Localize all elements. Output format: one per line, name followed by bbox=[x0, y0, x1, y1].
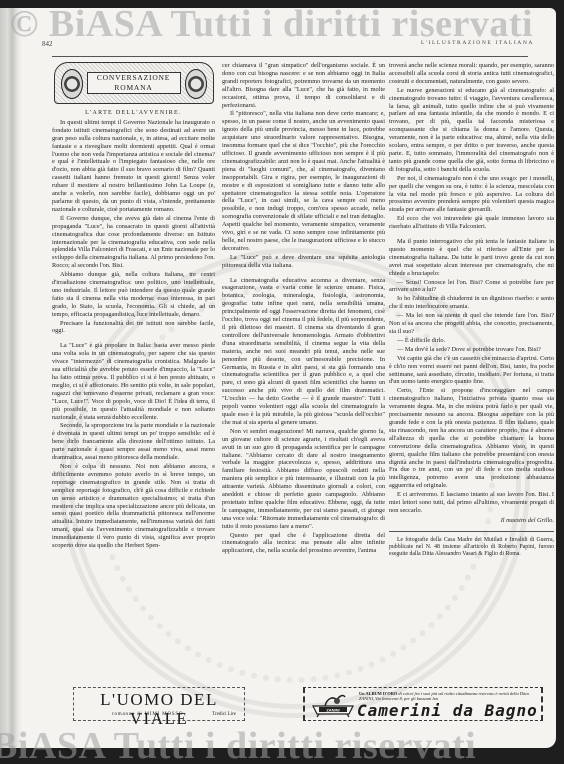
photo-credit-note: Le fotografie della Casa Madre dei Mutil… bbox=[389, 537, 554, 559]
ornament-title: CONVERSAZIONE ROMANA bbox=[87, 72, 181, 94]
bathtub-icon: ZANINI bbox=[311, 692, 355, 718]
svg-text:ZANINI: ZANINI bbox=[326, 707, 339, 712]
paragraph: Voi capite già che c'è un cassetto che m… bbox=[389, 355, 554, 387]
paragraph: In questi ultimi tempi il Governo Nazion… bbox=[52, 119, 215, 214]
copyright-watermark-bottom: BiASA Tutti i diritti riservati bbox=[0, 724, 476, 764]
paragraph: Le nuove generazioni si educano già al c… bbox=[389, 87, 554, 174]
ad-headline: Camerini da Bagno bbox=[357, 701, 538, 720]
paragraph: La cinematografia educativa accenna a di… bbox=[222, 277, 385, 427]
paragraph: E ci arriveremo. E lasciamo intanto al s… bbox=[389, 491, 554, 515]
paragraph: Ma il punto interrogativo che più tenta … bbox=[389, 238, 554, 278]
paragraph: La "Luce" può e deve diventare una squis… bbox=[222, 254, 385, 270]
dialogue-line: — Ma lei non sa niente di quel che inten… bbox=[389, 312, 554, 336]
page-gutter bbox=[0, 8, 22, 748]
dialogue-line: — Ma dov'è la sede? Dove si potrebbe tro… bbox=[389, 346, 554, 354]
scan-frame: 842 L'ILLUSTRAZIONE ITALIANA CONVERSAZIO… bbox=[0, 0, 564, 764]
dialogue-line: — È difficile dirlo. bbox=[389, 337, 554, 345]
newspaper-page: 842 L'ILLUSTRAZIONE ITALIANA CONVERSAZIO… bbox=[0, 8, 556, 748]
paragraph: Abbiamo dunque già, nella coltura italia… bbox=[52, 271, 215, 318]
paragraph: Per noi, il cinematografo non è che uno … bbox=[389, 175, 554, 215]
ad-title: L'UOMO DEL VIALE bbox=[74, 688, 244, 728]
note-rule bbox=[389, 531, 554, 532]
author-signature: Il maestro del Grillo. bbox=[389, 517, 554, 525]
paragraph: Certo, l'Ente si propone d'incoraggiare … bbox=[389, 387, 554, 490]
header-rule bbox=[52, 56, 528, 57]
quill-medallion-icon bbox=[185, 69, 207, 99]
paragraph: La "Luce" è già popolare in Italia: bast… bbox=[52, 342, 215, 421]
ornament-line-1: CONVERSAZIONE bbox=[88, 73, 180, 83]
ad-uomo-del-viale[interactable]: L'UOMO DEL VIALE romanzo di MIMI MOSSO T… bbox=[73, 687, 245, 721]
paragraph: Non è colpa di nessuno. Noi non abbiamo … bbox=[52, 463, 215, 550]
ad-price: Tredici Lire bbox=[212, 712, 236, 717]
paragraph: Il "pittoresco", nella vita italiana non… bbox=[222, 110, 385, 252]
column-3: troverà anche nelle scienze morali: quan… bbox=[389, 62, 554, 559]
paragraph: Secondo, la sproporzione tra la parte mo… bbox=[52, 422, 215, 462]
paragraph: Non vi sembri esagerazione! Mi narrava, … bbox=[222, 428, 385, 531]
paragraph: Precisare la funzionalità dei tre istitu… bbox=[52, 320, 215, 336]
ad-copy: Un ALBUM D'ORO di colori fra i suoi più … bbox=[359, 691, 537, 701]
coat-of-arms-icon bbox=[61, 69, 83, 99]
article-title: L'ARTE DELL'AVVENIRE. bbox=[52, 110, 215, 118]
ornament-line-2: ROMANA bbox=[88, 83, 180, 93]
column-1: CONVERSAZIONE ROMANA L'ARTE DELL'AVVENIR… bbox=[52, 62, 215, 551]
paragraph: Il Governo dunque, che aveva già dato al… bbox=[52, 215, 215, 270]
paragraph: troverà anche nelle scienze morali: quan… bbox=[389, 62, 554, 86]
paragraph: Io ho l'abitudine di chiudermi in un dig… bbox=[389, 295, 554, 311]
column-2: cer chiamava il "gran simpatico" dell'or… bbox=[222, 62, 385, 556]
paragraph: Questo per quel che è l'applicazione dir… bbox=[222, 532, 385, 556]
ad-camerini-da-bagno[interactable]: ZANINI Un ALBUM D'ORO di colori fra i su… bbox=[303, 687, 543, 721]
dialogue-line: — Scusi! Conosce lei l'on. Bisi? Come si… bbox=[389, 279, 554, 295]
paragraph: Ed ecco che voi intravedete già quale im… bbox=[389, 215, 554, 231]
conversazione-romana-ornament: CONVERSAZIONE ROMANA bbox=[54, 62, 214, 104]
paragraph: cer chiamava il "gran simpatico" dell'or… bbox=[222, 62, 385, 109]
ad-byline: romanzo di MIMI MOSSO bbox=[112, 712, 183, 717]
copyright-watermark-top: © BiASA Tutti i diritti riservati bbox=[10, 2, 533, 46]
